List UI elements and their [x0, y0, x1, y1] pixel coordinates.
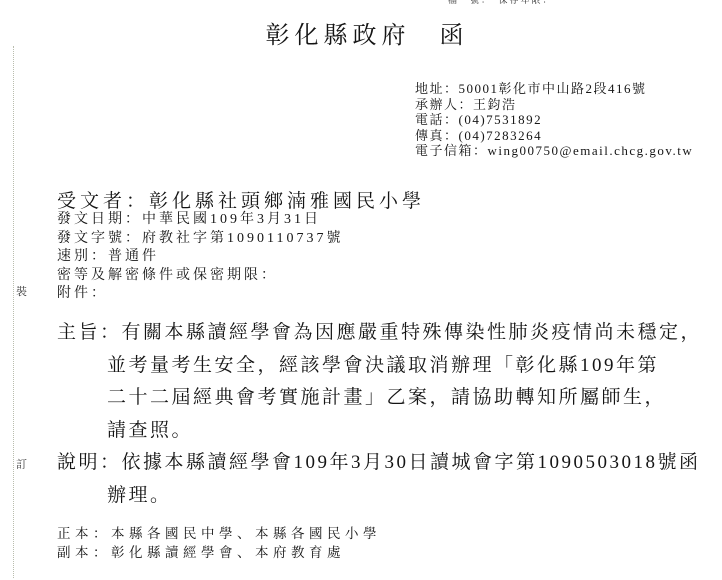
agency-contact-person: 承辦人：王鈞浩 — [415, 97, 693, 113]
binding-char-zhuang: 裝 — [16, 286, 27, 298]
agency-email: 電子信箱：wing00750@email.chcg.gov.tw — [415, 143, 693, 159]
meta-block: 發文日期：中華民國109年3月31日 發文字號：府教社字第1090110737號… — [57, 211, 343, 304]
subject-section: 主旨：有關本縣讀經學會為因應嚴重特殊傳染性肺炎疫情尚未穩定， 並考量考生安全，經… — [57, 317, 702, 447]
carbon-copy-line: 副本：彰化縣讀經學會、本府教育處 — [57, 543, 381, 562]
original-copy-line: 正本：本縣各國民中學、本縣各國民小學 — [57, 524, 381, 543]
subject-line-4: 請查照。 — [57, 415, 702, 448]
attachment-line: 附件： — [57, 285, 343, 304]
agency-info-block: 地址：50001彰化市中山路2段416號 承辦人：王鈞浩 電話：(04)7531… — [415, 81, 693, 159]
subject-line-3: 二十二屆經典會考實施計畫」乙案，請協助轉知所屬師生， — [57, 382, 702, 415]
top-right-clipped-header: 檔 號： 保存年限： — [448, 0, 588, 5]
explanation-line-1: 說明：依據本縣讀經學會109年3月30日讀城會字第1090503018號函 — [57, 447, 701, 480]
subject-line-1: 主旨：有關本縣讀經學會為因應嚴重特殊傳染性肺炎疫情尚未穩定， — [57, 317, 702, 350]
binding-char-ding: 訂 — [16, 459, 27, 471]
agency-fax: 傳真：(04)7283264 — [415, 128, 693, 144]
official-letter-page: 裝 訂 檔 號： 保存年限： 彰化縣政府 函 地址：50001彰化市中山路2段4… — [0, 0, 722, 580]
doc-number-line: 發文字號：府教社字第1090110737號 — [57, 230, 343, 249]
binding-dotted-line — [13, 46, 14, 578]
speed-line: 速別：普通件 — [57, 248, 343, 267]
agency-address: 地址：50001彰化市中山路2段416號 — [415, 81, 693, 97]
file-number-label: 檔 號： 保存年限： — [448, 0, 588, 5]
subject-line-2: 並考量考生安全，經該學會決議取消辦理「彰化縣109年第 — [57, 350, 702, 383]
recipient-line: 受文者：彰化縣社頭鄉湳雅國民小學 — [57, 186, 425, 213]
issue-date-line: 發文日期：中華民國109年3月31日 — [57, 211, 343, 230]
explanation-line-2: 辦理。 — [57, 480, 701, 513]
explanation-section: 說明：依據本縣讀經學會109年3月30日讀城會字第1090503018號函 辦理… — [57, 447, 701, 512]
document-title: 彰化縣政府 函 — [0, 15, 722, 50]
secrecy-line: 密等及解密條件或保密期限： — [57, 267, 343, 286]
copies-section: 正本：本縣各國民中學、本縣各國民小學 副本：彰化縣讀經學會、本府教育處 — [57, 524, 381, 562]
agency-phone: 電話：(04)7531892 — [415, 112, 693, 128]
